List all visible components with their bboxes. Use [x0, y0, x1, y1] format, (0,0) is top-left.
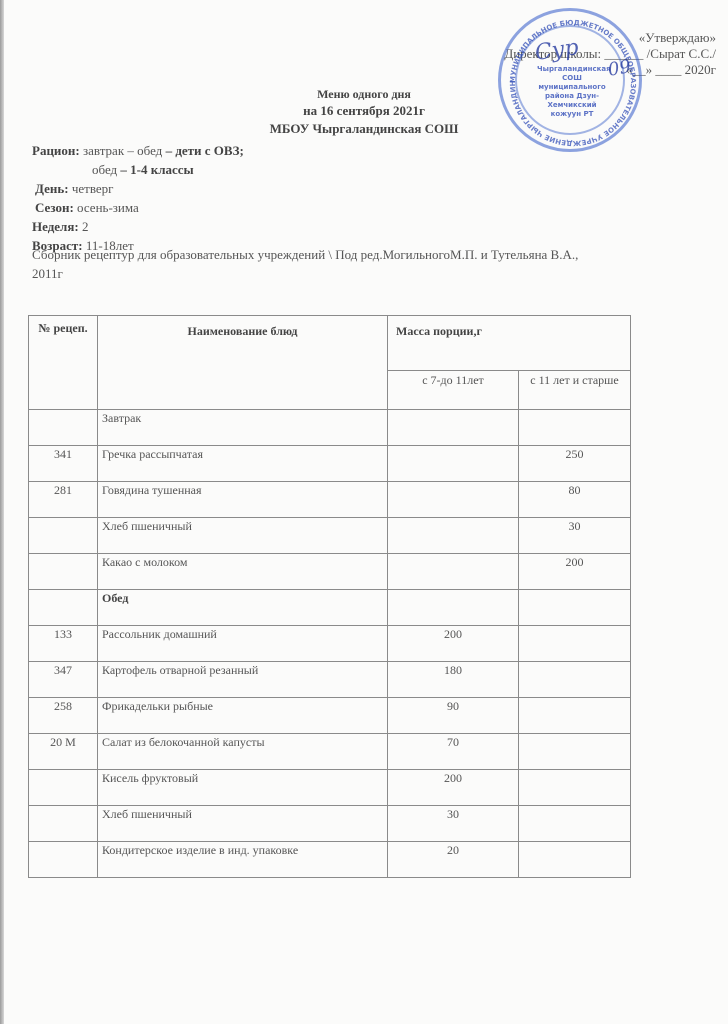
- recipe-number-cell: 341: [29, 446, 98, 482]
- recipe-number-cell: [29, 770, 98, 806]
- menu-table: № рецеп. Наименование блюд Масса порции,…: [28, 315, 631, 878]
- ration-line: Рацион: завтрак – обед – дети с ОВЗ;: [32, 141, 244, 160]
- menu-table-body: Завтрак341Гречка рассыпчатая250281Говяди…: [29, 410, 631, 878]
- title-line-2: на 16 сентября 2021г: [0, 102, 728, 120]
- document-title: Меню одного дня на 16 сентября 2021г МБО…: [0, 86, 728, 138]
- day-label: День:: [35, 181, 69, 196]
- season-label: Сезон:: [35, 200, 74, 215]
- table-row: 258Фрикадельки рыбные90: [29, 698, 631, 734]
- dish-name-cell: Картофель отварной резанный: [98, 662, 388, 698]
- mass-11-plus-cell: 250: [519, 446, 631, 482]
- mass-11-plus-cell: [519, 626, 631, 662]
- recipe-number-cell: [29, 410, 98, 446]
- dish-name-cell: Кондитерское изделие в инд. упаковке: [98, 842, 388, 878]
- mass-11-plus-cell: [519, 806, 631, 842]
- mass-7-11-cell: [388, 554, 519, 590]
- recipe-number-cell: [29, 806, 98, 842]
- mass-11-plus-cell: [519, 770, 631, 806]
- dish-name-cell: Хлеб пшеничный: [98, 806, 388, 842]
- mass-11-plus-cell: 80: [519, 482, 631, 518]
- mass-7-11-cell: [388, 518, 519, 554]
- table-row: Кондитерское изделие в инд. упаковке20: [29, 842, 631, 878]
- recipe-number-cell: 258: [29, 698, 98, 734]
- dish-name-cell: Обед: [98, 590, 388, 626]
- title-line-3: МБОУ Чыргаландинская СОШ: [0, 120, 728, 138]
- table-row: Завтрак: [29, 410, 631, 446]
- signature-date: 09: [606, 56, 632, 81]
- menu-meta: Рацион: завтрак – обед – дети с ОВЗ; обе…: [32, 141, 244, 255]
- mass-7-11-cell: [388, 410, 519, 446]
- header-dish-name: Наименование блюд: [98, 316, 388, 410]
- mass-7-11-cell: 200: [388, 770, 519, 806]
- dish-name-cell: Рассольник домашний: [98, 626, 388, 662]
- table-row: Кисель фруктовый200: [29, 770, 631, 806]
- dish-name-cell: Кисель фруктовый: [98, 770, 388, 806]
- ration-value: завтрак – обед: [80, 143, 163, 158]
- mass-11-plus-cell: [519, 842, 631, 878]
- recipe-number-cell: [29, 590, 98, 626]
- table-row: 341Гречка рассыпчатая250: [29, 446, 631, 482]
- dish-name-cell: Хлеб пшеничный: [98, 518, 388, 554]
- title-line-1: Меню одного дня: [0, 86, 728, 102]
- mass-7-11-cell: 180: [388, 662, 519, 698]
- dish-name-cell: Гречка рассыпчатая: [98, 446, 388, 482]
- recipe-number-cell: 20 М: [29, 734, 98, 770]
- ration-line-2: обед – 1-4 классы: [32, 160, 244, 179]
- dish-name-cell: Какао с молоком: [98, 554, 388, 590]
- season-value: осень-зима: [74, 200, 139, 215]
- dish-name-cell: Говядина тушенная: [98, 482, 388, 518]
- dish-name-cell: Фрикадельки рыбные: [98, 698, 388, 734]
- recipe-number-cell: [29, 842, 98, 878]
- table-row: 347Картофель отварной резанный180: [29, 662, 631, 698]
- day-line: День: четверг: [32, 179, 244, 198]
- header-age-11-plus: с 11 лет и старше: [519, 371, 631, 410]
- mass-7-11-cell: 200: [388, 626, 519, 662]
- ration-value-bold: – дети с ОВЗ;: [162, 143, 243, 158]
- mass-7-11-cell: [388, 446, 519, 482]
- mass-11-plus-cell: [519, 590, 631, 626]
- dish-name-cell: Салат из белокочанной капусты: [98, 734, 388, 770]
- mass-11-plus-cell: 200: [519, 554, 631, 590]
- table-row: Какао с молоком200: [29, 554, 631, 590]
- mass-11-plus-cell: [519, 662, 631, 698]
- mass-7-11-cell: 30: [388, 806, 519, 842]
- season-line: Сезон: осень-зима: [32, 198, 244, 217]
- table-row: 133Рассольник домашний200: [29, 626, 631, 662]
- ration-line2-value: обед: [92, 162, 117, 177]
- header-portion-mass: Масса порции,г: [388, 316, 631, 371]
- scan-page-edge: [0, 0, 4, 1024]
- recipe-number-cell: 347: [29, 662, 98, 698]
- mass-7-11-cell: [388, 590, 519, 626]
- table-row: Хлеб пшеничный30: [29, 806, 631, 842]
- mass-11-plus-cell: 30: [519, 518, 631, 554]
- mass-11-plus-cell: [519, 698, 631, 734]
- week-label: Неделя:: [32, 219, 79, 234]
- recipe-number-cell: 281: [29, 482, 98, 518]
- table-row: 281Говядина тушенная80: [29, 482, 631, 518]
- ration-line2-bold: – 1-4 классы: [117, 162, 194, 177]
- table-row: Обед: [29, 590, 631, 626]
- dish-name-cell: Завтрак: [98, 410, 388, 446]
- recipe-number-cell: 133: [29, 626, 98, 662]
- mass-11-plus-cell: [519, 734, 631, 770]
- day-value: четверг: [69, 181, 114, 196]
- mass-7-11-cell: 70: [388, 734, 519, 770]
- mass-7-11-cell: 20: [388, 842, 519, 878]
- table-row: Хлеб пшеничный30: [29, 518, 631, 554]
- header-age-7-11: с 7-до 11лет: [388, 371, 519, 410]
- mass-11-plus-cell: [519, 410, 631, 446]
- ration-label: Рацион:: [32, 143, 80, 158]
- mass-7-11-cell: [388, 482, 519, 518]
- header-recipe-no: № рецеп.: [29, 316, 98, 410]
- recipe-number-cell: [29, 554, 98, 590]
- week-line: Неделя: 2: [32, 217, 244, 236]
- week-value: 2: [79, 219, 89, 234]
- recipe-source: Сборник рецептур для образовательных учр…: [32, 245, 592, 283]
- mass-7-11-cell: 90: [388, 698, 519, 734]
- table-row: 20 МСалат из белокочанной капусты70: [29, 734, 631, 770]
- recipe-number-cell: [29, 518, 98, 554]
